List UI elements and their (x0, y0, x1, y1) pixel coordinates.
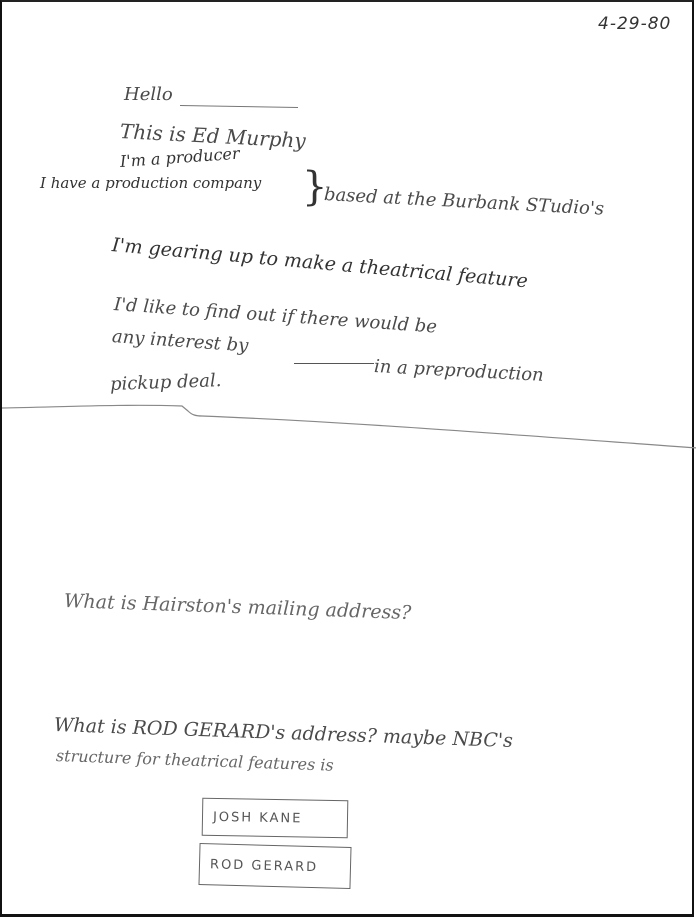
based-line: based at the Burbank STudio's (323, 184, 604, 220)
interest-blank-line (294, 363, 374, 364)
name-box-josh-kane: JOSH KANE (202, 798, 349, 839)
pickup-line: pickup deal. (110, 370, 222, 395)
interest-line: any interest by (111, 326, 249, 356)
hairston-question: What is Hairston's mailing address? (64, 590, 412, 624)
name-box-label: ROD GERARD (210, 857, 318, 875)
gearing-line: I'm gearing up to make a theatrical feat… (111, 234, 529, 292)
company-line: I have a production company (40, 174, 261, 192)
greeting: Hello (124, 84, 173, 105)
structure-line: structure for theatrical features is (56, 746, 334, 775)
scanned-page: 4-29-80 Hello This is Ed Murphy I'm a pr… (0, 0, 694, 917)
name-box-label: JOSH KANE (213, 809, 303, 826)
paper-fold-line (2, 2, 696, 462)
date: 4-29-80 (598, 14, 671, 34)
rod-gerard-question: What is ROD GERARD's address? maybe NBC'… (54, 714, 514, 752)
preproduction-line: in a preproduction (373, 356, 544, 386)
greeting-blank-line (180, 105, 298, 108)
role-line: I'm a producer (119, 144, 240, 171)
name-box-rod-gerard: ROD GERARD (198, 843, 351, 889)
